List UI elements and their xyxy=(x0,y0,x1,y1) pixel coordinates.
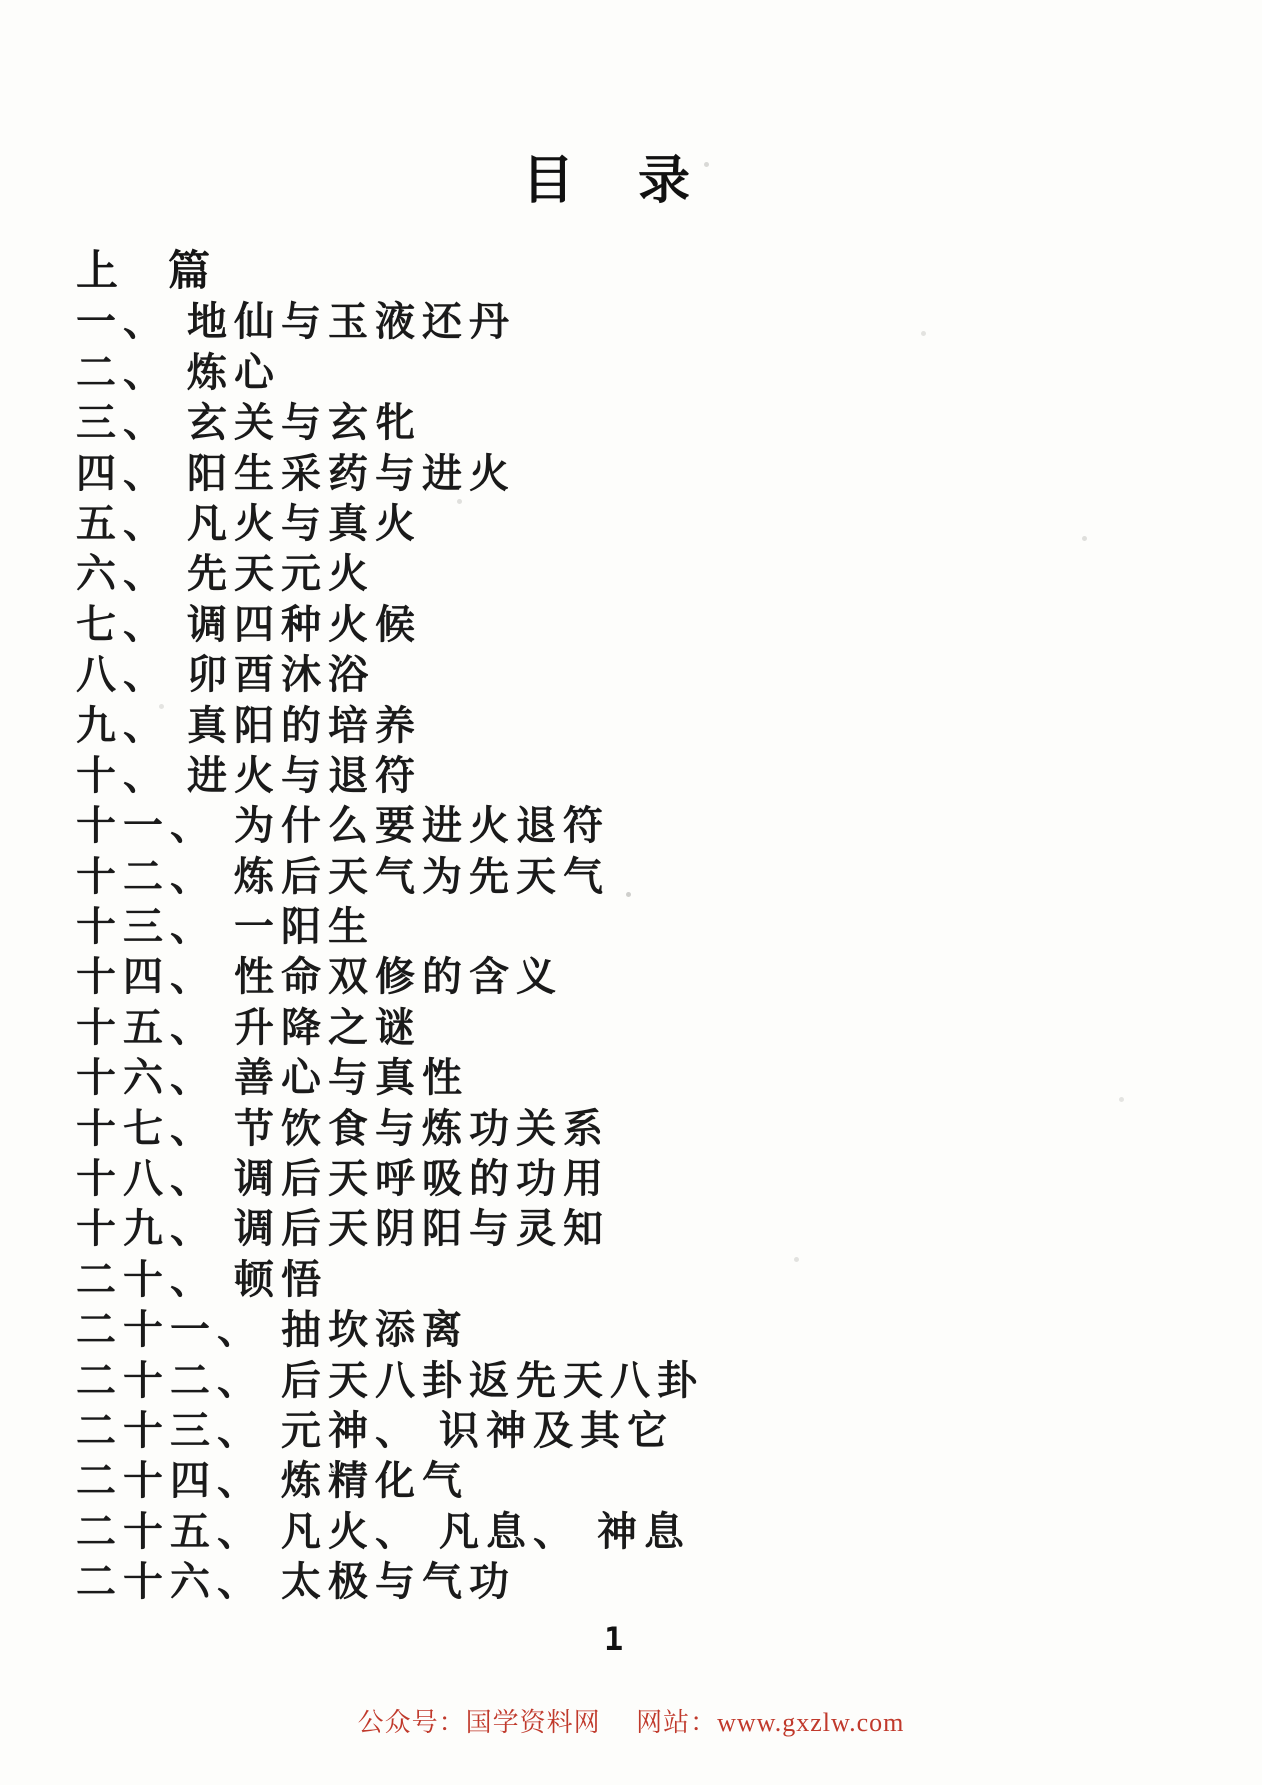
footer: 公众号：国学资料网 网站：www.gxzlw.com xyxy=(0,1702,1262,1739)
page-number: 1 xyxy=(604,1620,623,1658)
toc-item: 十一、 为什么要进火退符 xyxy=(76,801,1222,851)
toc: 上 篇 一、 地仙与玉液还丹二、 炼心三、 玄关与玄牝四、 阳生采药与进火五、 … xyxy=(76,247,1222,1608)
toc-item: 十二、 炼后天气为先天气 xyxy=(76,852,1222,902)
document-page: 目 录 上 篇 一、 地仙与玉液还丹二、 炼心三、 玄关与玄牝四、 阳生采药与进… xyxy=(0,0,1262,1785)
footer-site-label: 网站：www.gxzlw.com xyxy=(636,1708,904,1737)
footer-account-label: 公众号：国学资料网 xyxy=(358,1708,601,1737)
toc-item: 十九、 调后天阴阳与灵知 xyxy=(76,1204,1222,1254)
toc-item: 十四、 性命双修的含义 xyxy=(76,952,1222,1002)
toc-item: 二十、 顿悟 xyxy=(76,1255,1222,1305)
toc-item: 九、 真阳的培养 xyxy=(76,701,1222,751)
section-heading: 上 篇 xyxy=(76,247,1222,297)
toc-item: 四、 阳生采药与进火 xyxy=(76,449,1222,499)
toc-item: 十三、 一阳生 xyxy=(76,902,1222,952)
toc-item: 七、 调四种火候 xyxy=(76,600,1222,650)
toc-item: 二十二、 后天八卦返先天八卦 xyxy=(76,1356,1222,1406)
toc-item: 十八、 调后天呼吸的功用 xyxy=(76,1154,1222,1204)
scan-noise xyxy=(0,0,3,3)
toc-item: 二十六、 太极与气功 xyxy=(76,1557,1222,1607)
toc-item: 二十三、 元神、 识神及其它 xyxy=(76,1406,1222,1456)
toc-item: 十七、 节饮食与炼功关系 xyxy=(76,1104,1222,1154)
toc-item: 二十一、 抽坎添离 xyxy=(76,1305,1222,1355)
toc-item: 二、 炼心 xyxy=(76,348,1222,398)
toc-item: 十六、 善心与真性 xyxy=(76,1053,1222,1103)
toc-item: 十五、 升降之谜 xyxy=(76,1003,1222,1053)
toc-item: 六、 先天元火 xyxy=(76,549,1222,599)
toc-item: 三、 玄关与玄牝 xyxy=(76,398,1222,448)
toc-item: 二十四、 炼精化气 xyxy=(76,1456,1222,1506)
toc-item: 五、 凡火与真火 xyxy=(76,499,1222,549)
toc-item-list: 一、 地仙与玉液还丹二、 炼心三、 玄关与玄牝四、 阳生采药与进火五、 凡火与真… xyxy=(76,297,1222,1607)
toc-item: 二十五、 凡火、 凡息、 神息 xyxy=(76,1507,1222,1557)
toc-item: 八、 卯酉沐浴 xyxy=(76,650,1222,700)
toc-item: 一、 地仙与玉液还丹 xyxy=(76,297,1222,347)
page-title: 目 录 xyxy=(0,138,1218,213)
toc-item: 十、 进火与退符 xyxy=(76,751,1222,801)
